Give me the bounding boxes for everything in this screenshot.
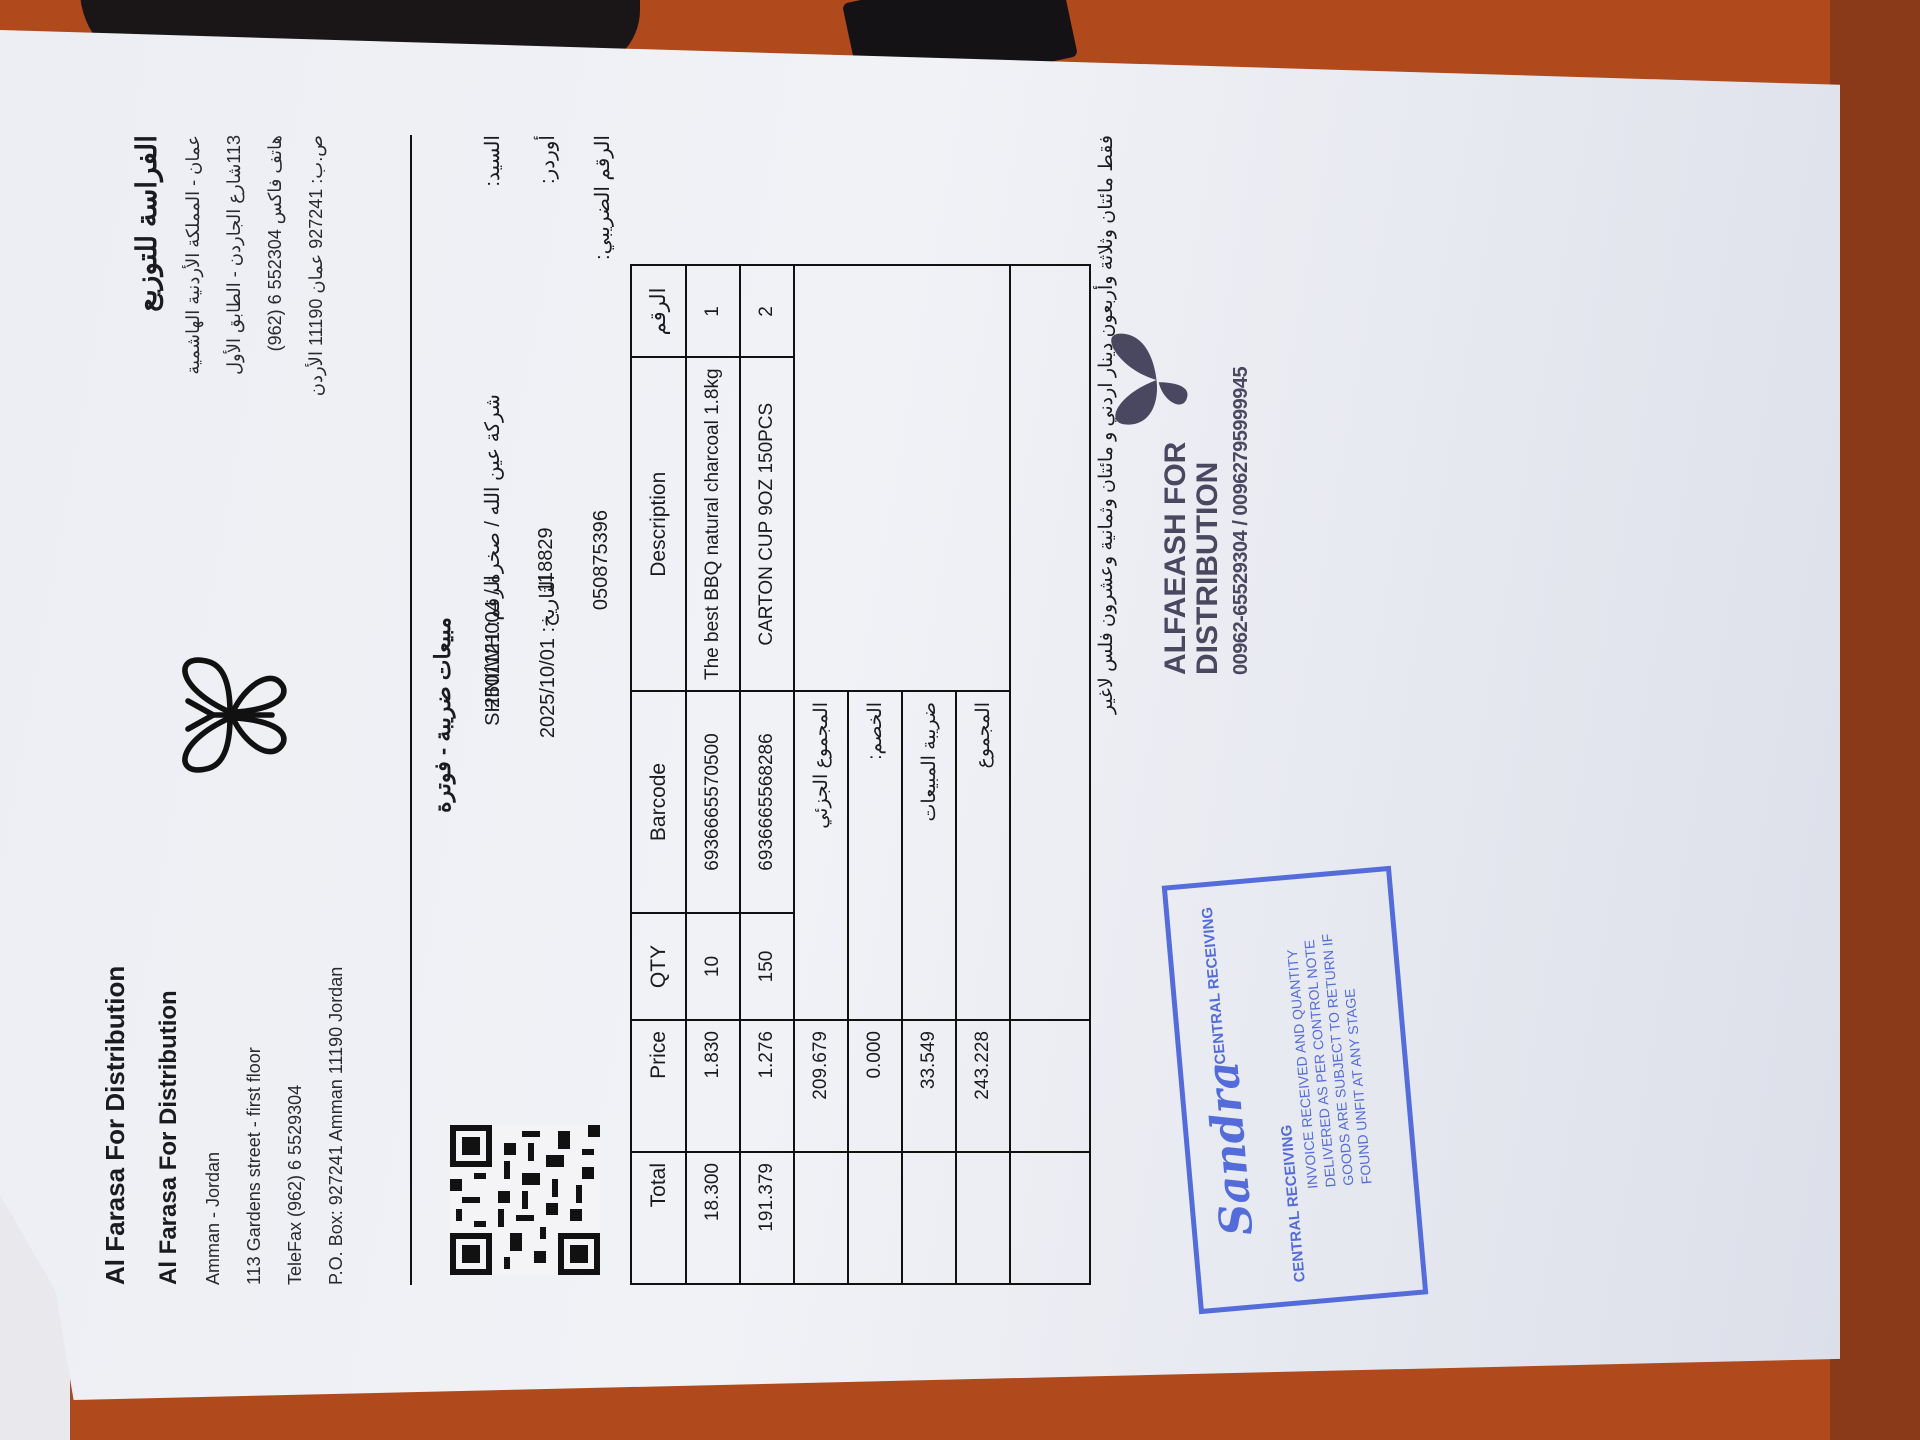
stamp-company-line2: DISTRIBUTION bbox=[1192, 335, 1224, 675]
company-street-ar: 113شارع الجاردن - الطابق الأول bbox=[224, 135, 245, 555]
customer-name: شركة عين الله / صخرة / SHINI/WH004 bbox=[480, 305, 505, 815]
cell-qty: 150 bbox=[740, 913, 794, 1020]
company-name: Al Farasa For Distribution bbox=[155, 865, 183, 1285]
grand-total-value: 243.228 bbox=[956, 1020, 1010, 1152]
sales-tax-label: ضريبة المبيعات bbox=[902, 691, 956, 1020]
discount-value: 0.000 bbox=[848, 1020, 902, 1152]
company-header-en: Al Farasa For Distribution Al Farasa For… bbox=[100, 865, 367, 1285]
tax-number: 050875396 bbox=[590, 305, 615, 815]
header-no: الرقم bbox=[631, 265, 686, 357]
cell-qty: 10 bbox=[686, 913, 740, 1020]
customer-row: السيد: شركة عين الله / صخرة / SHINI/WH00… bbox=[480, 135, 505, 815]
summary-row-total: 243.228 المجموع bbox=[956, 265, 1010, 1284]
company-pobox-ar: ص.ب: 927241 عمان 11190 الأردن bbox=[306, 135, 327, 555]
central-receiving-stamp: Sandra CENTRAL RECEIVING CENTRAL RECEIVI… bbox=[1162, 866, 1429, 1314]
summary-row-tax: 33.549 ضريبة المبيعات bbox=[902, 265, 956, 1284]
invoice-title: مبيعات ضريبة - فوترة bbox=[430, 65, 456, 1365]
order-number: 118829 bbox=[535, 305, 560, 815]
stamp-signature: Sandra bbox=[1197, 1059, 1263, 1238]
cell-no: 2 bbox=[740, 265, 794, 357]
header-total: Total bbox=[631, 1152, 686, 1284]
table-row: 18.300 1.830 10 6936665570500 The best B… bbox=[686, 265, 740, 1284]
company-telefax: TeleFax (962) 6 5529304 bbox=[285, 865, 306, 1285]
cell-barcode: 6936665570500 bbox=[686, 691, 740, 913]
cell-description: The best BBQ natural charcoal 1.8kg bbox=[686, 357, 740, 691]
summary-row-subtotal: 209.679 المجموع الجزئي bbox=[794, 265, 848, 1284]
invoice-page: Al Farasa For Distribution Al Farasa For… bbox=[10, 65, 1830, 1365]
table-row: 191.379 1.276 150 6936665568286 CARTON C… bbox=[740, 265, 794, 1284]
invoice-meta-customer: السيد: شركة عين الله / صخرة / SHINI/WH00… bbox=[480, 135, 645, 815]
company-header-ar: الفراسة للتوزيع عمان - المملكة الأردنية … bbox=[130, 135, 347, 555]
order-row: أوردر: 118829 bbox=[535, 135, 560, 815]
amount-in-words: فقط مائتان وثلاثة وأربعون دينار اردني و … bbox=[1095, 135, 1118, 955]
company-city-ar: عمان - المملكة الأردنية الهاشمية bbox=[183, 135, 204, 555]
summary-row-blank bbox=[1010, 265, 1090, 1284]
cell-price: 1.276 bbox=[740, 1020, 794, 1152]
company-pobox: P.O. Box: 927241 Amman 11190 Jordan bbox=[326, 865, 347, 1285]
discount-label: الخصم: bbox=[848, 691, 902, 1020]
cell-barcode: 6936665568286 bbox=[740, 691, 794, 913]
company-city: Amman - Jordan bbox=[203, 865, 224, 1285]
butterfly-stamp-icon bbox=[1090, 325, 1190, 435]
company-telefax-ar: هاتف فاكس 552304 6 (962) bbox=[265, 135, 286, 555]
stamp-label-right: CENTRAL RECEIVING bbox=[1199, 906, 1231, 1065]
invoice-sheet: Al Farasa For Distribution Al Farasa For… bbox=[0, 30, 1840, 1400]
company-name-ar: الفراسة للتوزيع bbox=[130, 135, 163, 555]
company-name-top: Al Farasa For Distribution bbox=[100, 865, 131, 1285]
company-street: 113 Gardens street - first floor bbox=[244, 865, 265, 1285]
cell-price: 1.830 bbox=[686, 1020, 740, 1152]
subtotal-value: 209.679 bbox=[794, 1020, 848, 1152]
butterfly-logo-icon bbox=[160, 645, 300, 785]
header-qty: QTY bbox=[631, 913, 686, 1020]
tax-number-label: الرقم الضريبي: bbox=[590, 135, 615, 305]
header-description: Description bbox=[631, 357, 686, 691]
cell-no: 1 bbox=[686, 265, 740, 357]
table-header-row: Total Price QTY Barcode Description الرق… bbox=[631, 265, 686, 1284]
header-divider bbox=[410, 135, 412, 1285]
subtotal-label: المجموع الجزئي bbox=[794, 691, 848, 1020]
sales-tax-value: 33.549 bbox=[902, 1020, 956, 1152]
desk-surface bbox=[1830, 0, 1920, 1440]
cell-total: 191.379 bbox=[740, 1152, 794, 1284]
customer-label: السيد: bbox=[480, 135, 505, 305]
cell-description: CARTON CUP 9OZ 150PCS bbox=[740, 357, 794, 691]
header-price: Price bbox=[631, 1020, 686, 1152]
tax-number-row: الرقم الضريبي: 050875396 bbox=[590, 135, 615, 815]
company-stamp: ALFAEASH FOR DISTRIBUTION 00962-65529304… bbox=[1160, 335, 1340, 675]
grand-total-label: المجموع bbox=[956, 691, 1010, 1020]
stamp-phones: 00962-65529304 / 00962795999945 bbox=[1230, 335, 1253, 675]
header-barcode: Barcode bbox=[631, 691, 686, 913]
order-label: أوردر: bbox=[535, 135, 560, 305]
qr-code-icon bbox=[450, 1125, 600, 1275]
items-table: Total Price QTY Barcode Description الرق… bbox=[630, 264, 1091, 1285]
summary-row-discount: 0.000 الخصم: bbox=[848, 265, 902, 1284]
cell-total: 18.300 bbox=[686, 1152, 740, 1284]
